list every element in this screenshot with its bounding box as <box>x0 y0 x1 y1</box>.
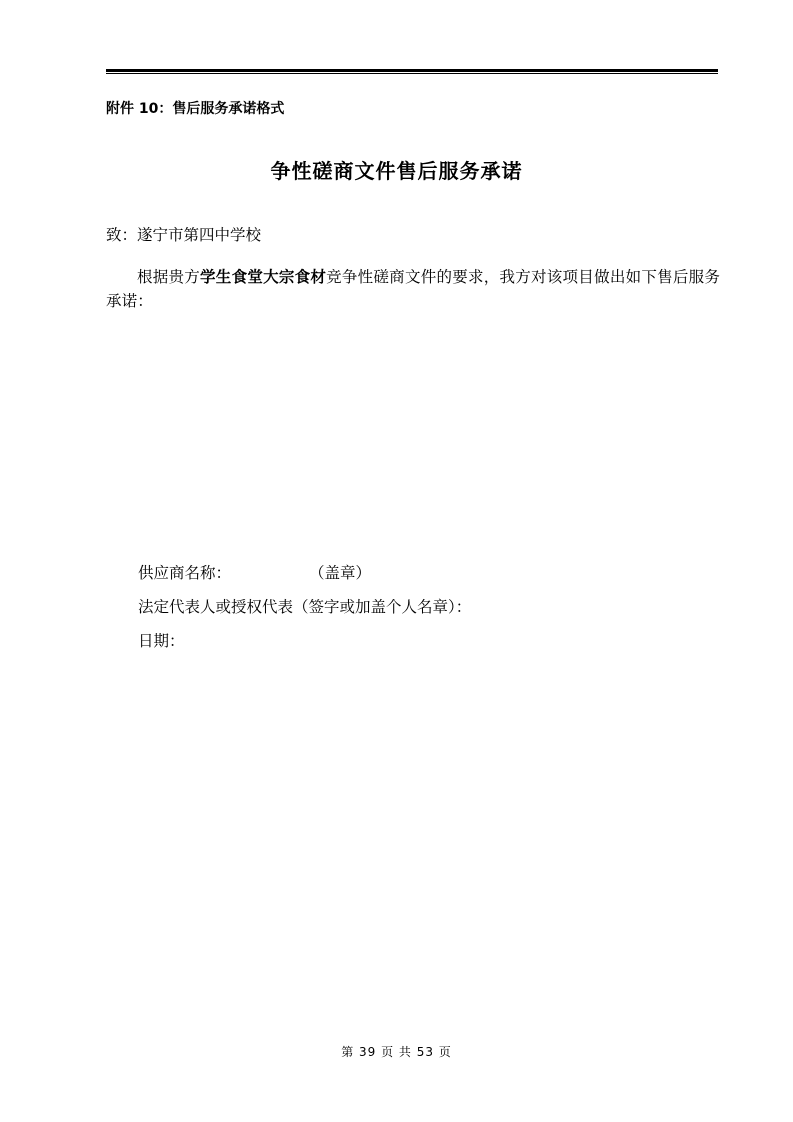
header-rule <box>106 69 718 74</box>
addressee: 致：遂宁市第四中学校 <box>106 223 261 245</box>
header-rule-thin <box>106 73 718 74</box>
page-footer: 第 39 页 共 53 页 <box>0 1043 793 1060</box>
document-title: 争性磋商文件售后服务承诺 <box>0 155 793 184</box>
body-prefix: 根据贵方 <box>137 268 200 286</box>
supplier-label: 供应商名称： <box>138 564 231 582</box>
date-line: 日期： <box>138 630 471 664</box>
signature-block: 供应商名称：（盖章） 法定代表人或授权代表（签字或加盖个人名章）： 日期： <box>138 562 471 664</box>
body-paragraph: 根据贵方学生食堂大宗食材竞争性磋商文件的要求，我方对该项目做出如下售后服务承诺： <box>106 265 720 313</box>
project-name: 学生食堂大宗食材 <box>200 268 326 286</box>
representative-line: 法定代表人或授权代表（签字或加盖个人名章）： <box>138 596 471 630</box>
supplier-line: 供应商名称：（盖章） <box>138 562 471 596</box>
date-label: 日期： <box>138 632 185 650</box>
annex-title: 附件 10：售后服务承诺格式 <box>106 98 284 118</box>
representative-label: 法定代表人或授权代表（签字或加盖个人名章）： <box>138 598 471 616</box>
supplier-seal: （盖章） <box>309 564 371 582</box>
